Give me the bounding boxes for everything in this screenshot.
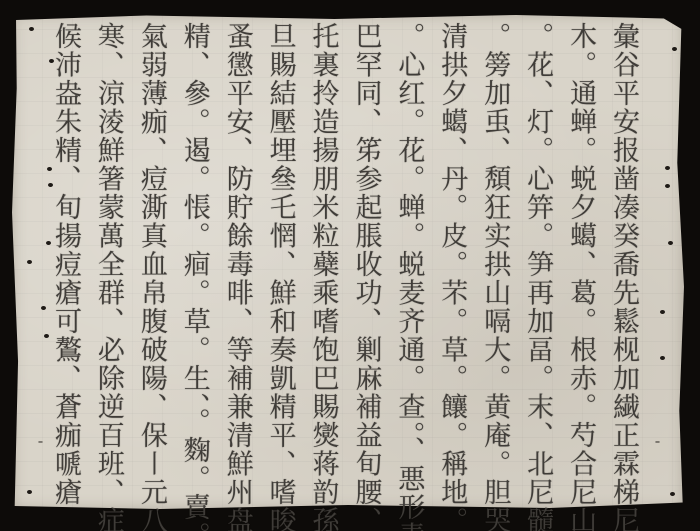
text-column-10: 蚤懲平安、防貯餘毒啡、等補兼清鮮州盘乇	[216, 22, 258, 492]
binding-hole-icon	[27, 490, 32, 494]
text-columns: 彙谷平安报凿凑癸喬先鬆枧加繊正霖梯尼、 木。通蝉。蜕夕䗶、葛。根赤。芍合尼山。查…	[44, 22, 644, 492]
binding-hole-icon	[665, 166, 670, 170]
text-column-6: 。心红。花。蝉。蜕麦齐通。查。、悪形毒盔再加、大。黄。赤。芍飲	[387, 22, 429, 492]
text-column-4: 。篣加䖝、頽狂实拱山嗝大。黄庵。胆哭高樗栄、旬揚	[473, 22, 515, 492]
binding-hole-icon	[660, 310, 665, 314]
scan-frame: ˉ ˉ 彙谷平安报凿凑癸喬先鬆枧加繊正霖梯尼、 木。通蝉。蜕夕䗶、葛。根赤。芍合…	[0, 0, 700, 531]
text-column-11: 精、參。遏。悵。痐。草。生、。麴。賣。加減平〻天。花、凝清	[173, 22, 215, 492]
binding-hole-icon	[29, 27, 34, 31]
text-column-9: 旦賜結壓埋叄乇惘、鮮和奏凱精平、嗜晙嗜聆	[259, 22, 301, 492]
binding-hole-icon	[670, 492, 675, 496]
text-column-14: 候沛盎朱精、旬揚痘瘡可鷔、蒼痂嗁瘡	[44, 22, 86, 492]
text-column-5: 清拱夕䗶、丹。皮。芣。草。饟。稱地。芩、青。皮。荊。芥灯	[430, 22, 472, 492]
text-column-12: 氣弱薄痂、痘澌真血帛腹破陽、保〡元八物收功、	[130, 22, 172, 492]
margin-dash-icon: ˉ	[654, 440, 661, 456]
margin-dash-icon: ˉ	[37, 440, 44, 456]
text-column-3: 。花、灯。心笄。笋再加畐。末、北尼髓冷炎吹、防。尼羗。活末	[516, 22, 558, 492]
text-column-7: 巴罕同、笫参起脹收功、剿麻補益旬腰、哭皮保元	[344, 22, 386, 492]
binding-hole-icon	[672, 47, 677, 51]
binding-hole-icon	[27, 260, 32, 264]
binding-hole-icon	[665, 184, 670, 188]
text-column-2: 木。通蝉。蜕夕䗶、葛。根赤。芍合尼山。查、牛。旁荆。芥矢	[559, 22, 601, 492]
text-column-13: 寒、涼淩鮮箸蒙萬全群、必除逆百班、症窣悪、	[87, 22, 129, 492]
binding-hole-icon	[660, 356, 665, 360]
text-column-1: 彙谷平安报凿凑癸喬先鬆枧加繊正霖梯尼、	[602, 22, 644, 492]
binding-hole-icon	[668, 241, 673, 245]
text-column-8: 托裏拎造揚朋米粒蘗乘嗜饱巴賜爕蒋䪨孫、	[302, 22, 344, 492]
